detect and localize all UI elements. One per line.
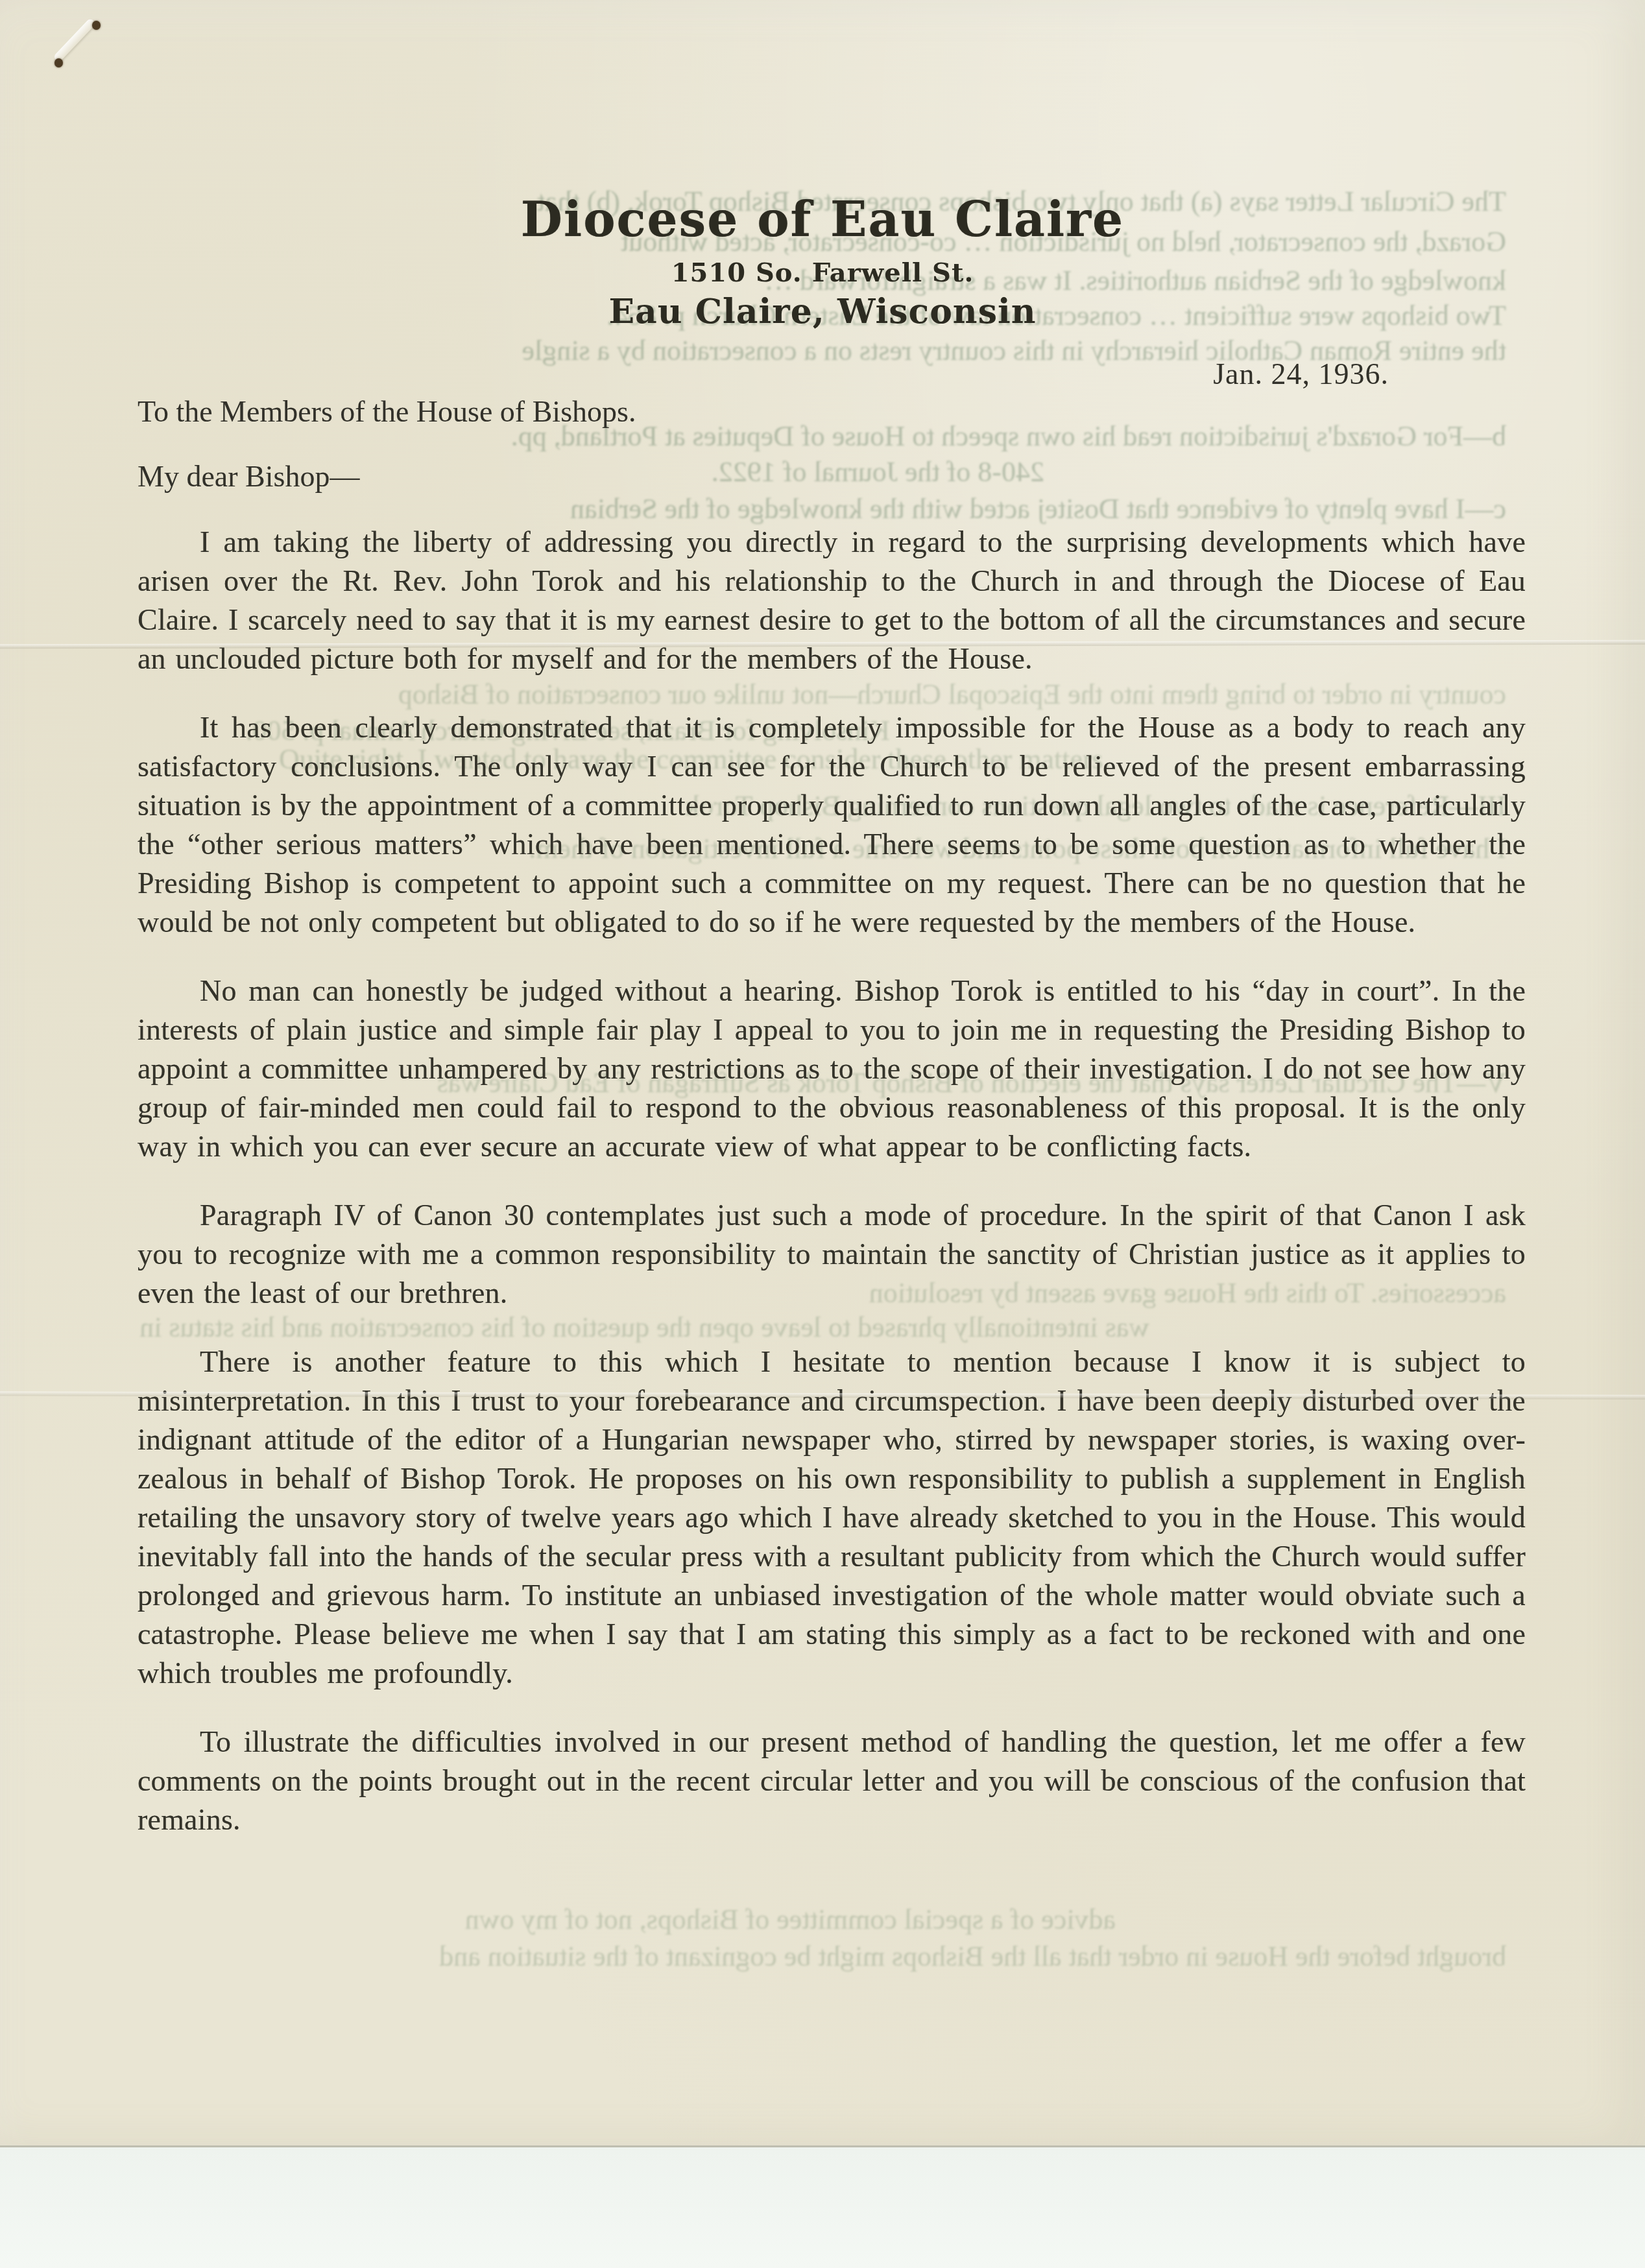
salutation-line: My dear Bishop— — [138, 459, 359, 494]
letterhead-organization: Diocese of Eau Claire — [0, 192, 1645, 248]
paragraph-4: Paragraph IV of Canon 30 contemplates ju… — [138, 1196, 1526, 1313]
paragraph-6: To illustrate the difficulties involved … — [138, 1723, 1526, 1839]
letter-body: I am taking the liberty of addressing yo… — [138, 523, 1526, 1869]
letterhead: Diocese of Eau Claire 1510 So. Farwell S… — [0, 192, 1645, 331]
paragraph-1: I am taking the liberty of addressing yo… — [138, 523, 1526, 678]
letter-content: Diocese of Eau Claire 1510 So. Farwell S… — [0, 0, 1645, 2145]
letterhead-city: Eau Claire, Wisconsin — [0, 293, 1645, 331]
scanner-backing — [0, 2147, 1645, 2268]
staple-tear-mark — [39, 13, 117, 78]
paragraph-2: It has been clearly demonstrated that it… — [138, 708, 1526, 942]
staple-scratch — [53, 18, 96, 63]
letter-paper: The Circular Letter says (a) that only t… — [0, 0, 1645, 2147]
staple-hole — [92, 21, 101, 30]
letter-date: Jan. 24, 1936. — [1213, 357, 1389, 391]
paragraph-3: No man can honestly be judged without a … — [138, 972, 1526, 1166]
staple-hole — [54, 58, 63, 67]
letterhead-address: 1510 So. Farwell St. — [0, 258, 1645, 288]
scanned-letter-page: { "letterhead": { "organization": "Dioce… — [0, 0, 1645, 2268]
recipient-line: To the Members of the House of Bishops. — [138, 394, 636, 429]
